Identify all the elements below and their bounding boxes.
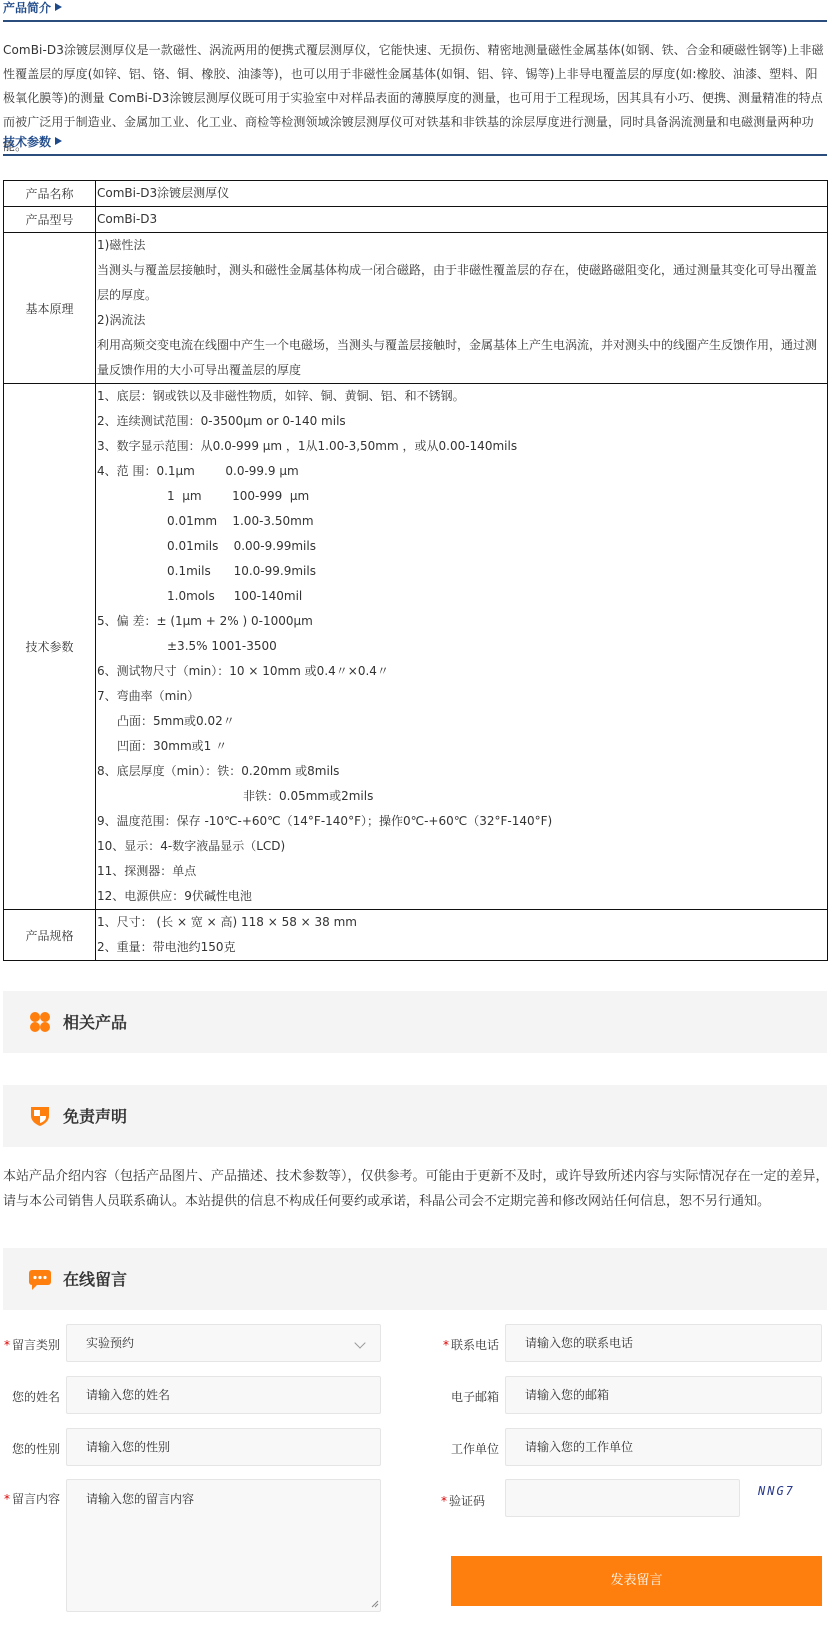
table-row: 产品名称 ComBi-D3涂镀层测厚仪 [4,181,828,207]
chevron-down-icon [354,1337,365,1348]
param-line: 1、底层：钢或铁以及非磁性物质，如锌、铜、黄铜、铝、和不锈钢。 [97,384,827,409]
param-line: 8、底层厚度（min）：铁：0.20mm 或8mils [97,759,827,784]
chat-bubble-icon [29,1268,51,1290]
content-label: *留言内容 [3,1490,60,1507]
row-value: ComBi-D3涂镀层测厚仪 [96,181,828,207]
triangle-right-icon [55,137,62,145]
param-line: 0.1mils 10.0-99.9mils [97,559,827,584]
table-row: 产品型号 ComBi-D3 [4,207,828,233]
related-products-bar: 相关产品 [3,991,827,1053]
disclaimer-title: 免责声明 [63,1104,127,1127]
category-label-text: 留言类别 [12,1338,60,1352]
required-mark: * [4,1492,10,1506]
required-mark: * [4,1338,10,1352]
principle-line: 利用高频交变电流在线圈中产生一个电磁场，当测头与覆盖层接触时，金属基体上产生电涡… [97,333,827,383]
phone-label-text: 联系电话 [451,1338,499,1352]
param-line: 3、数字显示范围：从0.0-999 μm ，1从1.00-3,50mm ，或从0… [97,434,827,459]
principle-line: 2)涡流法 [97,308,827,333]
param-line: 1 μm 100-999 μm [97,484,827,509]
content-label-text: 留言内容 [12,1492,60,1506]
triangle-right-icon [55,3,62,11]
param-line: 12、电源供应：9伏碱性电池 [97,884,827,909]
spec-section-header: 技术参数 [3,134,827,156]
category-value: 实验预约 [86,1336,134,1350]
principle-line: 当测头与覆盖层接触时，测头和磁性金属基体构成一闭合磁路，由于非磁性覆盖层的存在，… [97,258,827,308]
table-row: 基本原理 1)磁性法 当测头与覆盖层接触时，测头和磁性金属基体构成一闭合磁路，由… [4,233,828,384]
param-line: 非铁：0.05mm或2mils [97,784,827,809]
company-label: 工作单位 [420,1440,499,1457]
category-label: *留言类别 [3,1336,60,1353]
param-line: 2、连续测试范围：0-3500μm or 0-140 mils [97,409,827,434]
submit-message-button[interactable]: 发表留言 [451,1556,822,1606]
message-bar: 在线留言 [3,1248,827,1310]
required-mark: * [443,1338,449,1352]
param-line: 6、测试物尺寸（min）：10 × 10mm 或0.4〃×0.4〃 [97,659,827,684]
captcha-image[interactable]: NNG7 [758,1484,795,1498]
phone-input[interactable]: 请输入您的联系电话 [505,1324,822,1362]
phone-label: *联系电话 [420,1336,499,1353]
param-line: ±3.5% 1001-3500 [97,634,827,659]
param-line: 10、显示：4-数字液晶显示（LCD) [97,834,827,859]
company-input[interactable]: 请输入您的工作单位 [505,1428,822,1466]
related-products-title: 相关产品 [63,1010,127,1033]
row-label: 技术参数 [4,384,96,910]
disclaimer-bar: 免责声明 [3,1085,827,1147]
captcha-label: *验证码 [420,1492,485,1509]
name-label: 您的姓名 [3,1388,60,1405]
required-mark: * [441,1494,447,1508]
principle-line: 1)磁性法 [97,233,827,258]
param-line: 0.01mils 0.00-9.99mils [97,534,827,559]
param-line: 4、范 围：0.1μm 0.0-99.9 μm [97,459,827,484]
row-label: 产品规格 [4,910,96,961]
disclaimer-text: 本站产品介绍内容（包括产品图片、产品描述、技术参数等），仅供参考。可能由于更新不… [3,1164,829,1214]
resize-grip-icon[interactable] [371,1600,379,1608]
clover-icon [29,1011,51,1033]
param-line: 凹面：30mm或1 〃 [97,734,827,759]
row-value: 1、底层：钢或铁以及非磁性物质，如锌、铜、黄铜、铝、和不锈钢。 2、连续测试范围… [96,384,828,910]
captcha-input[interactable] [505,1479,740,1517]
email-label: 电子邮箱 [420,1388,499,1405]
email-input[interactable]: 请输入您的邮箱 [505,1376,822,1414]
param-line: 5、偏 差：± (1μm + 2% ) 0-1000μm [97,609,827,634]
param-line: 凸面：5mm或0.02〃 [97,709,827,734]
spec-table: 产品名称 ComBi-D3涂镀层测厚仪 产品型号 ComBi-D3 基本原理 1… [3,180,828,961]
table-row: 技术参数 1、底层：钢或铁以及非磁性物质，如锌、铜、黄铜、铝、和不锈钢。 2、连… [4,384,828,910]
row-label: 基本原理 [4,233,96,384]
row-label: 产品名称 [4,181,96,207]
spec-line: 2、重量：带电池约150克 [97,935,827,960]
table-row: 产品规格 1、尺寸： (长 × 宽 × 高) 118 × 58 × 38 mm … [4,910,828,961]
param-line: 0.01mm 1.00-3.50mm [97,509,827,534]
row-value: 1、尺寸： (长 × 宽 × 高) 118 × 58 × 38 mm 2、重量：… [96,910,828,961]
spec-line: 1、尺寸： (长 × 宽 × 高) 118 × 58 × 38 mm [97,910,827,935]
param-line: 9、温度范围：保存 -10℃-+60℃（14°F-140°F）；操作0℃-+60… [97,809,827,834]
row-value: 1)磁性法 当测头与覆盖层接触时，测头和磁性金属基体构成一闭合磁路，由于非磁性覆… [96,233,828,384]
shield-icon [29,1105,51,1127]
row-label: 产品型号 [4,207,96,233]
param-line: 7、弯曲率（min） [97,684,827,709]
gender-label: 您的性别 [3,1440,60,1457]
param-line: 1.0mols 100-140mil [97,584,827,609]
gender-input[interactable]: 请输入您的性别 [66,1428,381,1466]
row-value: ComBi-D3 [96,207,828,233]
name-input[interactable]: 请输入您的姓名 [66,1376,381,1414]
intro-section-title: 产品简介 [3,0,51,16]
content-textarea[interactable]: 请输入您的留言内容 [66,1479,381,1612]
spec-section-title: 技术参数 [3,134,51,150]
captcha-label-text: 验证码 [449,1494,485,1508]
category-select[interactable]: 实验预约 [66,1324,381,1362]
param-line: 11、探测器：单点 [97,859,827,884]
message-title: 在线留言 [63,1267,127,1290]
intro-section-header: 产品简介 [3,0,827,22]
